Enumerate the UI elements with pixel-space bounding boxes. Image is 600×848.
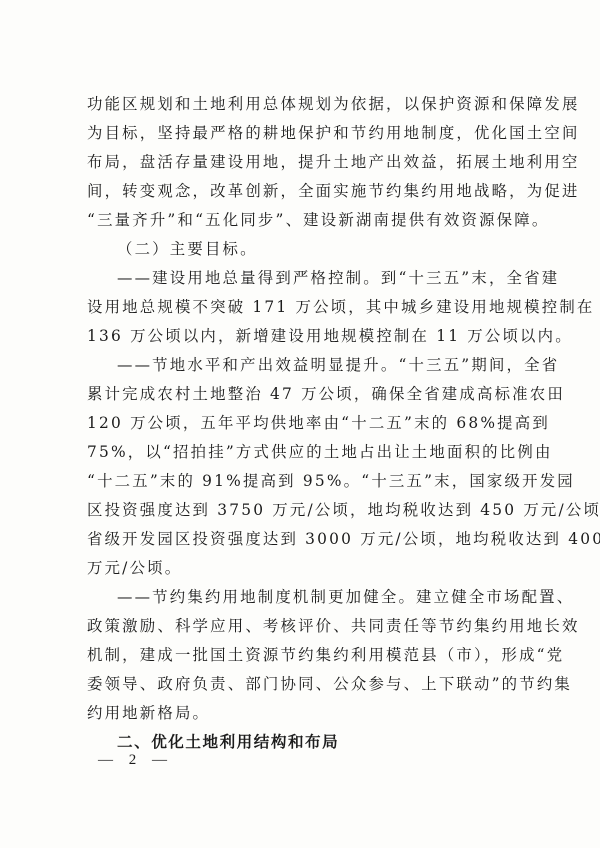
paragraph-line: 委领导、政府负责、部门协同、公众参与、上下联动”的节约集 — [87, 670, 517, 699]
paragraph-line: 布局，盘活存量建设用地，提升土地产出效益，拓展土地利用空 — [87, 148, 517, 177]
paragraph-line: ——节约集约用地制度机制更加健全。建立健全市场配置、 — [87, 583, 517, 612]
paragraph-line: ——建设用地总量得到严格控制。到“十三五”末，全省建 — [87, 264, 517, 293]
paragraph-line: 万元/公顷。 — [87, 554, 517, 583]
document-page: 功能区规划和土地利用总体规划为依据，以保护资源和保障发展 为目标，坚持最严格的耕… — [0, 0, 600, 848]
subsection-heading: （二）主要目标。 — [87, 235, 517, 264]
paragraph-line: 136 万公顷以内，新增建设用地规模控制在 11 万公顷以内。 — [87, 322, 517, 351]
paragraph-line: 政策激励、科学应用、考核评价、共同责任等节约集约用地长效 — [87, 612, 517, 641]
paragraph-line: 累计完成农村土地整治 47 万公顷，确保全省建成高标准农田 — [87, 380, 517, 409]
paragraph-line: 间，转变观念，改革创新，全面实施节约集约用地战略，为促进 — [87, 177, 517, 206]
paragraph-line: 120 万公顷，五年平均供地率由“十二五”末的 68%提高到 — [87, 409, 517, 438]
paragraph-line: 功能区规划和土地利用总体规划为依据，以保护资源和保障发展 — [87, 90, 517, 119]
page-number: — 2 — — [98, 752, 173, 769]
paragraph-line: 设用地总规模不突破 171 万公顷，其中城乡建设用地规模控制在 — [87, 293, 517, 322]
paragraph-line: 机制，建成一批国土资源节约集约利用模范县（市），形成“党 — [87, 641, 517, 670]
paragraph-line: 75%，以“招拍挂”方式供应的土地占出让土地面积的比例由 — [87, 438, 517, 467]
paragraph-line: 为目标，坚持最严格的耕地保护和节约用地制度，优化国土空间 — [87, 119, 517, 148]
paragraph-line: 区投资强度达到 3750 万元/公顷，地均税收达到 450 万元/公顷； — [87, 496, 517, 525]
paragraph-line: “十二五”末的 91%提高到 95%。“十三五”末，国家级开发园 — [87, 467, 517, 496]
paragraph-line: 省级开发园区投资强度达到 3000 万元/公顷，地均税收达到 400 — [87, 525, 517, 554]
document-body: 功能区规划和土地利用总体规划为依据，以保护资源和保障发展 为目标，坚持最严格的耕… — [87, 90, 517, 757]
paragraph-line: “三量齐升”和“五化同步”、建设新湖南提供有效资源保障。 — [87, 206, 517, 235]
paragraph-line: 约用地新格局。 — [87, 699, 517, 728]
paragraph-line: ——节地水平和产出效益明显提升。“十三五”期间，全省 — [87, 351, 517, 380]
